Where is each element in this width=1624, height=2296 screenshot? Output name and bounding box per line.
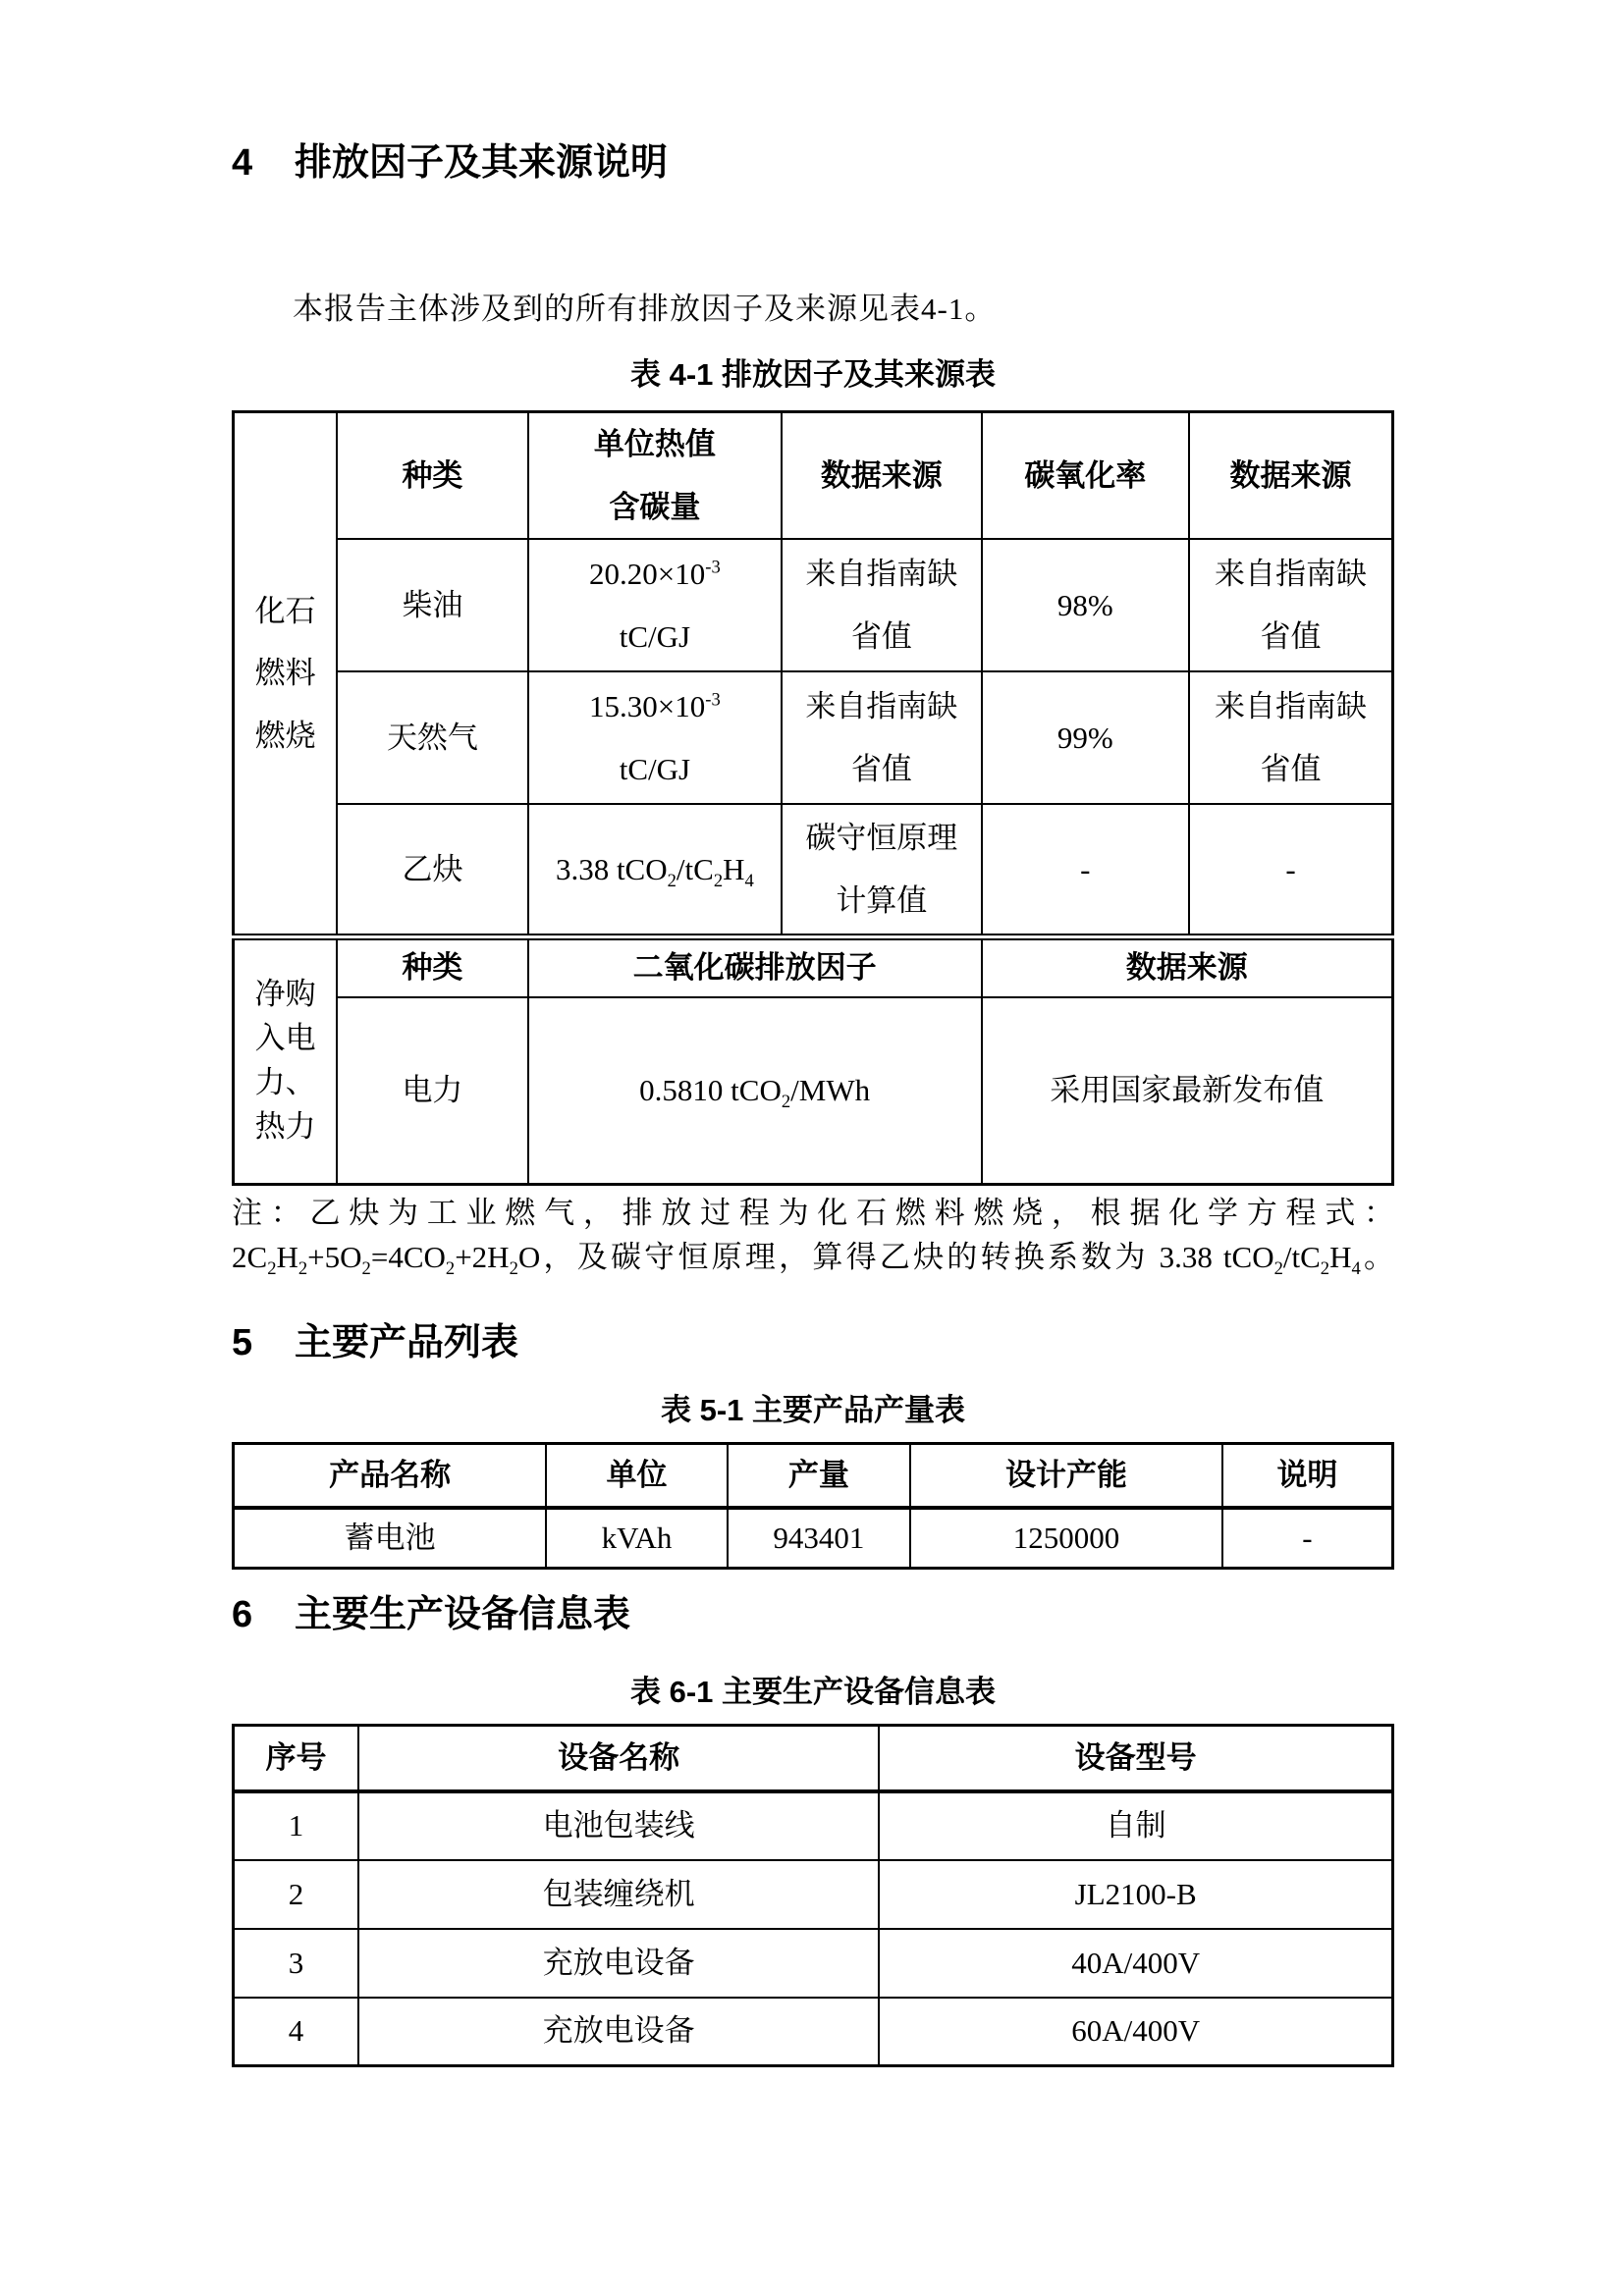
table-cell: 98% <box>982 539 1190 671</box>
table-row-electricity: 电力 0.5810 tCO2/MWh 采用国家最新发布值 <box>234 997 1393 1184</box>
table-cell: 20.20×10-3tC/GJ <box>528 539 782 671</box>
table-cell: 0.5810 tCO2/MWh <box>528 997 982 1184</box>
table-cell: 2 <box>234 1860 359 1929</box>
column-header: 单位热值含碳量 <box>528 412 782 540</box>
table-cell: 自制 <box>879 1791 1392 1860</box>
table-cell: 4 <box>234 1998 359 2066</box>
column-header: 序号 <box>234 1726 359 1791</box>
table-cell: 采用国家最新发布值 <box>982 997 1393 1184</box>
table-cell: 99% <box>982 671 1190 804</box>
table-4-1-caption: 表 4-1 排放因子及其来源表 <box>232 353 1394 398</box>
column-header: 种类 <box>337 412 528 540</box>
table-row-equipment-1: 1 电池包装线 自制 <box>234 1791 1393 1860</box>
table-row-equipment-3: 3 充放电设备 40A/400V <box>234 1929 1393 1998</box>
column-header: 产量 <box>728 1444 911 1508</box>
section-5-heading: 5主要产品列表 <box>232 1319 1394 1367</box>
table-row-diesel: 柴油 20.20×10-3tC/GJ 来自指南缺省值 98% 来自指南缺省值 <box>234 539 1393 671</box>
column-header: 说明 <box>1222 1444 1393 1508</box>
table-cell: 1250000 <box>910 1508 1222 1569</box>
table-6-1-caption: 表 6-1 主要生产设备信息表 <box>232 1671 1394 1715</box>
section-6-heading: 6主要生产设备信息表 <box>232 1591 1394 1639</box>
section-5-number: 5 <box>232 1319 295 1367</box>
section-5-title: 主要产品列表 <box>295 1322 518 1363</box>
table-cell: 蓄电池 <box>234 1508 547 1569</box>
table-cell: 电力 <box>337 997 528 1184</box>
section-4-intro: 本报告主体涉及到的所有排放因子及来源见表4-1。 <box>232 288 1394 332</box>
table-cell: 来自指南缺省值 <box>782 671 981 804</box>
table-cell: 60A/400V <box>879 1998 1392 2066</box>
table-cell: 充放电设备 <box>358 1998 879 2066</box>
table-cell: 15.30×10-3tC/GJ <box>528 671 782 804</box>
column-header: 设备名称 <box>358 1726 879 1791</box>
row-group-label-purchased-power: 净购入电力、热力 <box>234 936 338 1184</box>
table-cell: kVAh <box>546 1508 727 1569</box>
table-row-natural-gas: 天然气 15.30×10-3tC/GJ 来自指南缺省值 99% 来自指南缺省值 <box>234 671 1393 804</box>
column-header: 碳氧化率 <box>982 412 1190 540</box>
table-cell: 乙炔 <box>337 804 528 936</box>
section-6-title: 主要生产设备信息表 <box>295 1594 630 1635</box>
column-header: 数据来源 <box>982 936 1393 997</box>
table-row: 净购入电力、热力 种类 二氧化碳排放因子 数据来源 <box>234 936 1393 997</box>
table-cell: 电池包装线 <box>358 1791 879 1860</box>
table-cell: 943401 <box>728 1508 911 1569</box>
table-cell: - <box>1222 1508 1393 1569</box>
table-6-1: 序号 设备名称 设备型号 1 电池包装线 自制 2 包装缠绕机 JL2100-B… <box>232 1724 1394 2067</box>
table-row: 产品名称 单位 产量 设计产能 说明 <box>234 1444 1393 1508</box>
document-page: 4排放因子及其来源说明 本报告主体涉及到的所有排放因子及来源见表4-1。 表 4… <box>0 0 1624 2296</box>
column-header: 数据来源 <box>1189 412 1392 540</box>
table-5-1-caption: 表 5-1 主要产品产量表 <box>232 1389 1394 1433</box>
column-header: 设备型号 <box>879 1726 1392 1791</box>
table-row-equipment-4: 4 充放电设备 60A/400V <box>234 1998 1393 2066</box>
section-4-title: 排放因子及其来源说明 <box>295 142 668 184</box>
table-cell: 天然气 <box>337 671 528 804</box>
table-cell: 来自指南缺省值 <box>782 539 981 671</box>
row-group-label-fossil-fuel: 化石燃料燃烧 <box>234 412 338 937</box>
table-row-acetylene: 乙炔 3.38 tCO2/tC2H4 碳守恒原理计算值 - - <box>234 804 1393 936</box>
section-4-number: 4 <box>232 139 295 187</box>
table-cell: 充放电设备 <box>358 1929 879 1998</box>
table-row: 化石燃料燃烧 种类 单位热值含碳量 数据来源 碳氧化率 数据来源 <box>234 412 1393 540</box>
table-cell: 3.38 tCO2/tC2H4 <box>528 804 782 936</box>
table-row-equipment-2: 2 包装缠绕机 JL2100-B <box>234 1860 1393 1929</box>
table-4-1: 化石燃料燃烧 种类 单位热值含碳量 数据来源 碳氧化率 数据来源 柴油 20.2… <box>232 410 1394 1186</box>
table-cell: 来自指南缺省值 <box>1189 539 1392 671</box>
table-5-1: 产品名称 单位 产量 设计产能 说明 蓄电池 kVAh 943401 12500… <box>232 1442 1394 1570</box>
table-cell: 40A/400V <box>879 1929 1392 1998</box>
column-header: 单位 <box>546 1444 727 1508</box>
table-cell: 包装缠绕机 <box>358 1860 879 1929</box>
column-header: 种类 <box>337 936 528 997</box>
table-cell: 3 <box>234 1929 359 1998</box>
table-cell: - <box>1189 804 1392 936</box>
table-4-1-note: 注：乙炔为工业燃气，排放过程为化石燃料燃烧，根据化学方程式： 2C2H2+5O2… <box>232 1192 1394 1280</box>
table-cell: - <box>982 804 1190 936</box>
table-cell: 1 <box>234 1791 359 1860</box>
table-row-battery: 蓄电池 kVAh 943401 1250000 - <box>234 1508 1393 1569</box>
column-header: 数据来源 <box>782 412 981 540</box>
table-cell: 碳守恒原理计算值 <box>782 804 981 936</box>
section-4-heading: 4排放因子及其来源说明 <box>232 139 1394 187</box>
section-6-number: 6 <box>232 1591 295 1639</box>
column-header: 设计产能 <box>910 1444 1222 1508</box>
column-header: 产品名称 <box>234 1444 547 1508</box>
table-row: 序号 设备名称 设备型号 <box>234 1726 1393 1791</box>
column-header: 二氧化碳排放因子 <box>528 936 982 997</box>
note-line-2: 2C2H2+5O2=4CO2+2H2O，及碳守恒原理，算得乙炔的转换系数为 3.… <box>232 1236 1394 1280</box>
note-line-1: 注：乙炔为工业燃气，排放过程为化石燃料燃烧，根据化学方程式： <box>232 1192 1394 1236</box>
table-cell: 来自指南缺省值 <box>1189 671 1392 804</box>
table-cell: JL2100-B <box>879 1860 1392 1929</box>
table-cell: 柴油 <box>337 539 528 671</box>
